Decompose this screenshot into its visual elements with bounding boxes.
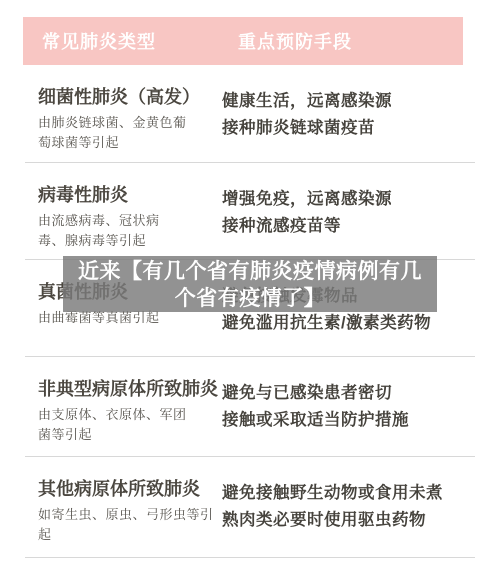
pneumonia-cause: 由肺炎链球菌、金黄色葡 萄球菌等引起 bbox=[38, 113, 222, 153]
prevention-cell: 避免与已感染患者密切 接触或采取适当防护措施 bbox=[222, 379, 475, 434]
prevention-line: 健康生活，远离感染源 bbox=[222, 88, 475, 115]
prevention-line: 避免与已感染患者密切 bbox=[222, 380, 475, 407]
cause-line: 由肺炎链球菌、金黄色葡 bbox=[38, 113, 222, 133]
pneumonia-type-title: 非典型病原体所致肺炎 bbox=[38, 379, 222, 400]
caption-line: 个省有疫情了】 bbox=[63, 285, 437, 312]
prevention-line: 避免接触野生动物或食用未煮 bbox=[222, 480, 475, 507]
prevention-cell: 增强免疫，远离感染源 接种流感疫苗等 bbox=[222, 185, 475, 240]
prevention-line: 避免滥用抗生素/激素类药物 bbox=[222, 310, 475, 337]
type-cell: 非典型病原体所致肺炎 由支原体、衣原体、军团 菌等引起 bbox=[25, 379, 222, 445]
table-row-atypical: 非典型病原体所致肺炎 由支原体、衣原体、军团 菌等引起 避免与已感染患者密切 接… bbox=[25, 357, 475, 457]
table-row-viral: 病毒性肺炎 由流感病毒、冠状病 毒、腺病毒等引起 增强免疫，远离感染源 接种流感… bbox=[25, 163, 475, 260]
table-header: 常见肺炎类型 重点预防手段 bbox=[23, 17, 463, 65]
pneumonia-type-title: 其他病原体所致肺炎 bbox=[38, 479, 222, 500]
prevention-line: 接种肺炎链球菌疫苗 bbox=[222, 115, 475, 142]
pneumonia-cause: 由支原体、衣原体、军团 菌等引起 bbox=[38, 405, 222, 445]
cause-line: 毒、腺病毒等引起 bbox=[38, 231, 222, 251]
prevention-line: 接种流感疫苗等 bbox=[222, 213, 475, 240]
pneumonia-infographic: 常见肺炎类型 重点预防手段 细菌性肺炎（高发） 由肺炎链球菌、金黄色葡 萄球菌等… bbox=[0, 0, 500, 569]
prevention-line: 接触或采取适当防护措施 bbox=[222, 407, 475, 434]
header-pneumonia-types: 常见肺炎类型 bbox=[42, 28, 238, 54]
header-prevention-methods: 重点预防手段 bbox=[238, 28, 352, 54]
pneumonia-type-title: 病毒性肺炎 bbox=[38, 185, 222, 206]
table-row-other-pathogens: 其他病原体所致肺炎 如寄生虫、原虫、弓形虫等引起 避免接触野生动物或食用未煮 熟… bbox=[25, 457, 475, 558]
cause-line: 菌等引起 bbox=[38, 425, 222, 445]
prevention-line: 熟肉类必要时使用驱虫药物 bbox=[222, 507, 475, 534]
caption-overlay: 近来【有几个省有肺炎疫情病例有几 个省有疫情了】 bbox=[63, 256, 437, 312]
pneumonia-type-title: 细菌性肺炎（高发） bbox=[38, 87, 222, 108]
type-cell: 细菌性肺炎（高发） 由肺炎链球菌、金黄色葡 萄球菌等引起 bbox=[25, 87, 222, 153]
table-row-bacterial: 细菌性肺炎（高发） 由肺炎链球菌、金黄色葡 萄球菌等引起 健康生活，远离感染源 … bbox=[25, 65, 475, 163]
prevention-cell: 避免接触野生动物或食用未煮 熟肉类必要时使用驱虫药物 bbox=[222, 479, 475, 534]
pneumonia-cause: 由流感病毒、冠状病 毒、腺病毒等引起 bbox=[38, 211, 222, 251]
prevention-cell: 健康生活，远离感染源 接种肺炎链球菌疫苗 bbox=[222, 87, 475, 142]
cause-line: 萄球菌等引起 bbox=[38, 133, 222, 153]
caption-line: 近来【有几个省有肺炎疫情病例有几 bbox=[63, 258, 437, 285]
cause-line: 由支原体、衣原体、军团 bbox=[38, 405, 222, 425]
pneumonia-cause: 如寄生虫、原虫、弓形虫等引起 bbox=[38, 505, 222, 545]
prevention-line: 增强免疫，远离感染源 bbox=[222, 186, 475, 213]
cause-line: 如寄生虫、原虫、弓形虫等引起 bbox=[38, 505, 222, 545]
type-cell: 病毒性肺炎 由流感病毒、冠状病 毒、腺病毒等引起 bbox=[25, 185, 222, 251]
type-cell: 其他病原体所致肺炎 如寄生虫、原虫、弓形虫等引起 bbox=[25, 479, 222, 545]
cause-line: 由流感病毒、冠状病 bbox=[38, 211, 222, 231]
